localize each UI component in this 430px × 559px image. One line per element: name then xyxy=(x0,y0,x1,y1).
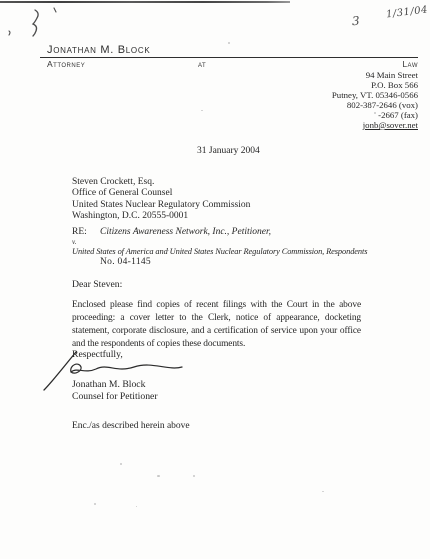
re-block: RE:Citizens Awareness Network, Inc., Pet… xyxy=(72,227,367,267)
re-case-respondents: United States of America and United Stat… xyxy=(72,247,367,256)
scan-speck xyxy=(374,112,376,114)
handwritten-date-annotation: 1/31/04 xyxy=(385,4,428,20)
scan-speck xyxy=(136,506,137,507)
scan-speck xyxy=(201,110,203,111)
recipient-line: United States Nuclear Regulatory Commiss… xyxy=(72,200,250,211)
handwritten-squiggle-mark xyxy=(4,6,64,40)
letterhead-address: 94 Main Street P.O. Box 566 Putney, VT. … xyxy=(40,70,418,130)
signature-block: Jonathan M. Block Counsel for Petitioner xyxy=(72,379,158,402)
letterhead-name: Jonathan M. Block xyxy=(40,44,418,56)
address-line: P.O. Box 566 xyxy=(40,80,418,90)
letterhead-email: jonb@sover.net xyxy=(40,120,418,130)
address-line: 802-387-2646 (vox) xyxy=(40,100,418,110)
letterhead-title-row: Attorney at Law xyxy=(40,59,418,69)
signer-title: Counsel for Petitioner xyxy=(72,391,158,403)
letterhead-title-at: at xyxy=(198,59,206,69)
letter-body-paragraph: Enclosed please find copies of recent fi… xyxy=(72,299,361,351)
scan-speck xyxy=(120,463,122,465)
letterhead-title-law: Law xyxy=(402,59,418,69)
enclosure-note: Enc./as described herein above xyxy=(72,421,190,431)
scan-speck xyxy=(193,475,195,477)
letterhead-rule xyxy=(40,57,418,58)
letter-date: 31 January 2004 xyxy=(197,146,260,156)
address-line: Putney, VT. 05346-0566 xyxy=(40,90,418,100)
handwritten-page-number: 3 xyxy=(352,14,361,28)
letterhead: Jonathan M. Block Attorney at Law 94 Mai… xyxy=(40,44,418,130)
signer-name: Jonathan M. Block xyxy=(72,379,158,391)
address-line: -2667 (fax) xyxy=(40,110,418,120)
scan-speck xyxy=(157,475,160,477)
re-docket-number: No. 04-1145 xyxy=(72,257,367,267)
recipient-line: Steven Crockett, Esq. xyxy=(72,177,250,188)
re-label: RE: xyxy=(72,227,100,237)
re-case-petitioner: Citizens Awareness Network, Inc., Petiti… xyxy=(100,227,271,237)
address-line: 94 Main Street xyxy=(40,70,418,80)
scan-speck xyxy=(228,42,230,44)
recipient-address-block: Steven Crockett, Esq. Office of General … xyxy=(72,177,250,223)
recipient-line: Office of General Counsel xyxy=(72,188,250,199)
re-line-1: RE:Citizens Awareness Network, Inc., Pet… xyxy=(72,227,367,237)
recipient-line: Washington, D.C. 20555-0001 xyxy=(72,211,250,222)
re-versus: v. xyxy=(72,238,367,246)
letterhead-title-attorney: Attorney xyxy=(47,59,85,69)
salutation: Dear Steven: xyxy=(72,279,122,290)
scan-speck xyxy=(167,250,169,251)
scan-speck xyxy=(322,491,324,492)
scan-edge-line xyxy=(0,1,290,3)
scan-speck xyxy=(94,503,96,505)
